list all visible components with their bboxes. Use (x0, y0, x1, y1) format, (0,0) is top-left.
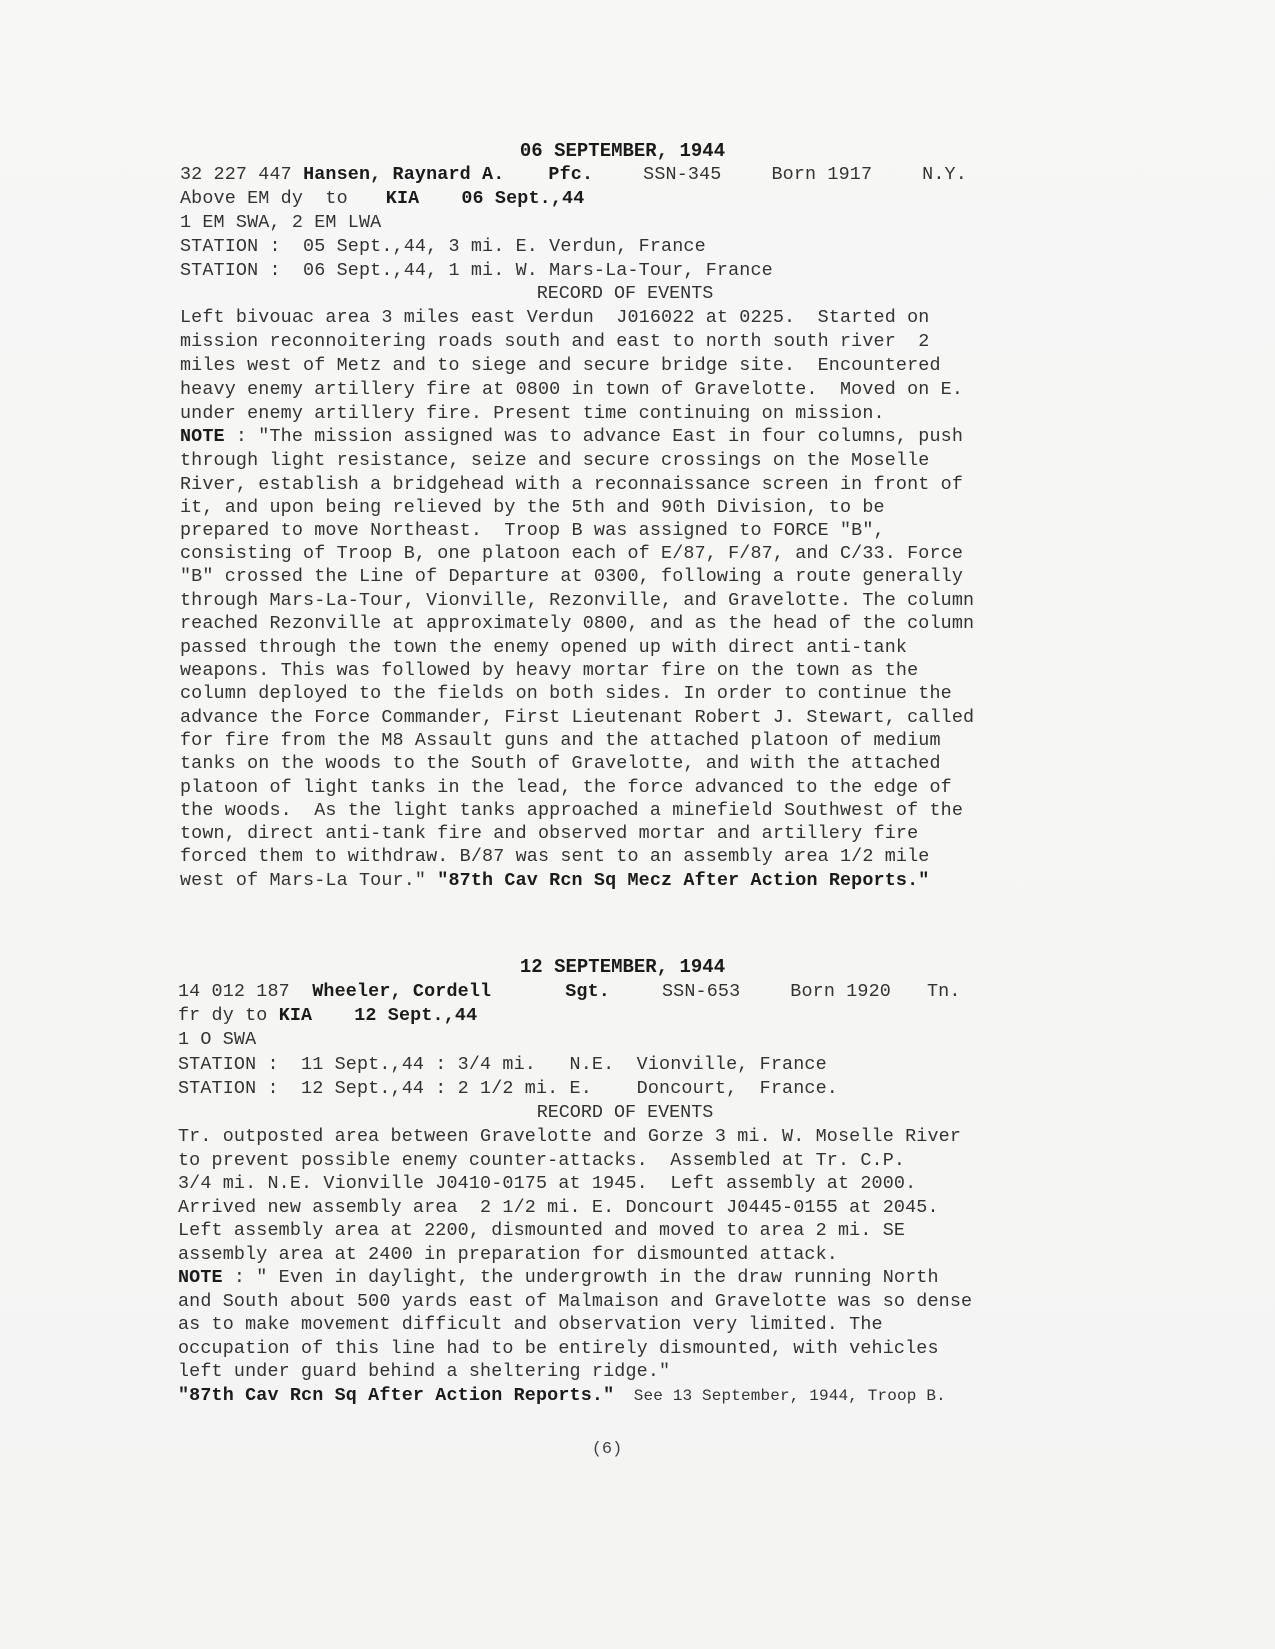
note-line: as to make movement difficult and observ… (178, 1313, 883, 1337)
page-number: (6) (0, 1440, 1214, 1459)
note-label: NOTE (180, 426, 225, 447)
home-state: Tn. (927, 981, 961, 1002)
source-citation: "87th Cav Rcn Sq Mecz After Action Repor… (437, 870, 929, 891)
rank: Pfc. (548, 164, 593, 185)
rank: Sgt. (565, 981, 610, 1002)
station-line: STATION : 06 Sept.,44, 1 mi. W. Mars-La-… (180, 259, 773, 283)
note-line: through Mars-La-Tour, Vionville, Rezonvi… (180, 589, 974, 613)
note-line: platoon of light tanks in the lead, the … (180, 776, 952, 800)
date-heading-2: 12 SEPTEMBER, 1944 (0, 955, 1245, 979)
note-line: it, and upon being relieved by the 5th a… (180, 496, 885, 520)
ssn: SSN-345 (643, 164, 721, 185)
casualty-line-2: 14 012 187 Wheeler, CordellSgt.SSN-653Bo… (178, 980, 961, 1004)
status-line-2: fr dy to KIA12 Sept.,44 (178, 1004, 477, 1028)
note-line: the woods. As the light tanks approached… (180, 799, 963, 823)
note-line: west of Mars-La Tour." "87th Cav Rcn Sq … (180, 869, 930, 893)
casualties-summary-1: 1 EM SWA, 2 EM LWA (180, 211, 381, 235)
casualties-summary-2: 1 O SWA (178, 1028, 256, 1052)
status-line-1: Above EM dy toKIA06 Sept.,44 (180, 187, 584, 211)
serial-number: 32 227 447 (180, 164, 292, 185)
status-kia: KIA (279, 1005, 313, 1026)
note-line: forced them to withdraw. B/87 was sent t… (180, 845, 929, 869)
ssn: SSN-653 (662, 981, 740, 1002)
serial-number: 14 012 187 (178, 981, 290, 1002)
birth-year: Born 1920 (790, 981, 891, 1002)
record-line: under enemy artillery fire. Present time… (180, 402, 885, 426)
note-line: NOTE : " Even in daylight, the undergrow… (178, 1266, 939, 1290)
record-line: heavy enemy artillery fire at 0800 in to… (180, 378, 963, 402)
note-label: NOTE (178, 1267, 223, 1288)
note-line: through light resistance, seize and secu… (180, 449, 929, 473)
note-line: weapons. This was followed by heavy mort… (180, 659, 918, 683)
note-line: prepared to move Northeast. Troop B was … (180, 519, 885, 543)
home-state: N.Y. (922, 164, 967, 185)
birth-year: Born 1917 (771, 164, 872, 185)
note-line: River, establish a bridgehead with a rec… (180, 473, 963, 497)
soldier-name: Hansen, Raynard A. (303, 164, 504, 185)
station-line: STATION : 05 Sept.,44, 3 mi. E. Verdun, … (180, 235, 706, 259)
status-kia: KIA (386, 188, 420, 209)
status-prefix: fr dy to (178, 1005, 268, 1026)
record-line: Tr. outposted area between Gravelotte an… (178, 1125, 961, 1149)
soldier-name: Wheeler, Cordell (312, 981, 491, 1002)
status-prefix: Above EM dy to (180, 188, 348, 209)
status-date: 06 Sept.,44 (461, 188, 584, 209)
note-line: consisting of Troop B, one platoon each … (180, 542, 963, 566)
record-line: Left bivouac area 3 miles east Verdun J0… (180, 306, 929, 330)
note-line: left under guard behind a sheltering rid… (178, 1360, 670, 1384)
note-text: : "The mission assigned was to advance E… (225, 426, 963, 447)
note-line: occupation of this line had to be entire… (178, 1337, 939, 1361)
record-line: to prevent possible enemy counter-attack… (178, 1149, 905, 1173)
station-line: STATION : 12 Sept.,44 : 2 1/2 mi. E. Don… (178, 1077, 838, 1101)
casualty-line-1: 32 227 447 Hansen, Raynard A.Pfc.SSN-345… (180, 163, 967, 187)
record-line: mission reconnoitering roads south and e… (180, 330, 929, 354)
date-heading-1: 06 SEPTEMBER, 1944 (0, 139, 1245, 163)
note-line: NOTE : "The mission assigned was to adva… (180, 425, 963, 449)
source-citation: "87th Cav Rcn Sq After Action Reports." (178, 1385, 614, 1406)
document-page: 06 SEPTEMBER, 1944 32 227 447 Hansen, Ra… (0, 0, 1275, 1649)
note-line: town, direct anti-tank fire and observed… (180, 822, 918, 846)
record-of-events-heading-1: RECORD OF EVENTS (0, 282, 1250, 306)
record-line: Arrived new assembly area 2 1/2 mi. E. D… (178, 1196, 939, 1220)
record-line: assembly area at 2400 in preparation for… (178, 1243, 838, 1267)
record-of-events-heading-2: RECORD OF EVENTS (0, 1101, 1250, 1125)
note-line: advance the Force Commander, First Lieut… (180, 706, 974, 730)
note-text: : " Even in daylight, the undergrowth in… (223, 1267, 939, 1288)
source-line: "87th Cav Rcn Sq After Action Reports." … (178, 1384, 946, 1408)
status-date: 12 Sept.,44 (354, 1005, 477, 1026)
note-line: and South about 500 yards east of Malmai… (178, 1290, 972, 1314)
note-line: tanks on the woods to the South of Grave… (180, 752, 941, 776)
note-line: reached Rezonville at approximately 0800… (180, 612, 974, 636)
note-line: column deployed to the fields on both si… (180, 682, 952, 706)
record-line: miles west of Metz and to siege and secu… (180, 354, 941, 378)
record-line: Left assembly area at 2200, dismounted a… (178, 1219, 905, 1243)
record-line: 3/4 mi. N.E. Vionville J0410-0175 at 194… (178, 1172, 916, 1196)
note-text: west of Mars-La Tour." (180, 870, 437, 891)
note-line: passed through the town the enemy opened… (180, 636, 907, 660)
station-line: STATION : 11 Sept.,44 : 3/4 mi. N.E. Vio… (178, 1053, 827, 1077)
note-line: "B" crossed the Line of Departure at 030… (180, 565, 963, 589)
note-line: for fire from the M8 Assault guns and th… (180, 729, 941, 753)
see-also-reference: See 13 September, 1944, Troop B. (614, 1387, 946, 1405)
